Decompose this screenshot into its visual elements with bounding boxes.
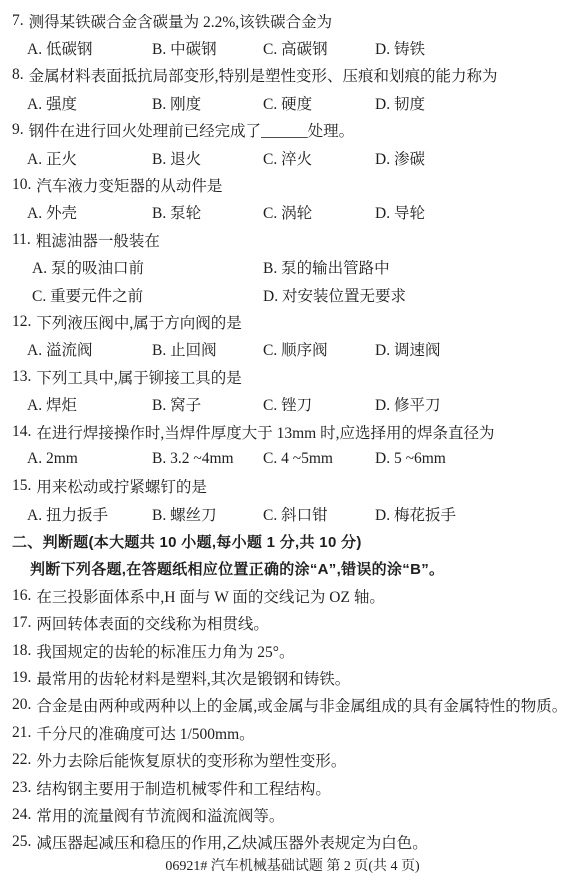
option: A. 低碳钢 [27, 37, 152, 59]
question-text: 在三投影面体系中,H 面与 W 面的交线记为 OZ 轴。 [36, 585, 384, 607]
question-text: 常用的流量阀有节流阀和溢流阀等。 [36, 804, 284, 826]
question-number: 17. [12, 614, 31, 632]
question-text: 下列液压阀中,属于方向阀的是 [36, 311, 241, 333]
question-text: 在进行焊接操作时,当焊件厚度大于 13mm 时,应选择用的焊条直径为 [36, 421, 494, 443]
option: B. 退火 [152, 147, 263, 169]
option: A. 扭力扳手 [27, 503, 152, 525]
judge-question: 21.千分尺的准确度可达 1/500mm。 [12, 719, 573, 746]
judge-question: 19.最常用的齿轮材料是塑料,其次是锻钢和铸铁。 [12, 664, 573, 691]
judge-question: 20.合金是由两种或两种以上的金属,或金属与非金属组成的具有金属特性的物质。 [12, 692, 573, 719]
question-text: 千分尺的准确度可达 1/500mm。 [36, 722, 254, 744]
option: C. 锉刀 [263, 393, 375, 415]
question-text: 减压器起减压和稳压的作用,乙炔减压器外表规定为白色。 [36, 831, 427, 853]
section-instruction: 判断下列各题,在答题纸相应位置正确的涂“A”,错误的涂“B”。 [30, 558, 444, 579]
option: C. 硬度 [263, 92, 375, 114]
option: C. 4 ~5mm [263, 450, 375, 468]
option: B. 螺丝刀 [152, 503, 263, 525]
judge-question: 17.两回转体表面的交线称为相贯线。 [12, 610, 573, 637]
question: 12.下列液压阀中,属于方向阀的是 [12, 308, 573, 335]
option: D. 修平刀 [375, 393, 573, 415]
options-row: A. 正火B. 退火C. 淬火D. 渗碳 [12, 144, 573, 171]
question: 11.粗滤油器一般装在 [12, 226, 573, 253]
options-row: A. 低碳钢B. 中碳钢C. 高碳钢D. 铸铁 [12, 34, 573, 61]
question-number: 15. [12, 477, 31, 495]
option: C. 斜口钳 [263, 503, 375, 525]
option: B. 中碳钢 [152, 37, 263, 59]
option: A. 2mm [27, 450, 152, 468]
question-text: 最常用的齿轮材料是塑料,其次是锻钢和铸铁。 [36, 667, 350, 689]
question: 14.在进行焊接操作时,当焊件厚度大于 13mm 时,应选择用的焊条直径为 [12, 418, 573, 445]
option: C. 淬火 [263, 147, 375, 169]
question-text: 钢件在进行回火处理前已经完成了______处理。 [29, 119, 355, 141]
option: B. 刚度 [152, 92, 263, 114]
option: A. 强度 [27, 92, 152, 114]
option: D. 梅花扳手 [375, 503, 573, 525]
option: B. 窝子 [152, 393, 263, 415]
judge-section-title: 二、判断题(本大题共 10 小题,每小题 1 分,共 10 分) [12, 527, 573, 554]
question-number: 10. [12, 176, 31, 194]
question-number: 9. [12, 121, 24, 139]
option: C. 高碳钢 [263, 37, 375, 59]
question-text: 测得某铁碳合金含碳量为 2.2%,该铁碳合金为 [29, 10, 333, 32]
judge-question: 18.我国规定的齿轮的标准压力角为 25°。 [12, 637, 573, 664]
option: B. 泵的输出管路中 [263, 256, 573, 278]
question-number: 16. [12, 587, 31, 605]
option: D. 韧度 [375, 92, 573, 114]
question: 13.下列工具中,属于铆接工具的是 [12, 363, 573, 390]
option: D. 对安装位置无要求 [263, 284, 573, 306]
option: A. 泵的吸油口前 [32, 256, 263, 278]
question-number: 13. [12, 368, 31, 386]
question-text: 粗滤油器一般装在 [36, 229, 160, 251]
question-number: 12. [12, 313, 31, 331]
options-row: A. 外壳B. 泵轮C. 涡轮D. 导轮 [12, 199, 573, 226]
question-number: 23. [12, 779, 31, 797]
option: D. 渗碳 [375, 147, 573, 169]
question-number: 19. [12, 669, 31, 687]
judge-question: 23.结构钢主要用于制造机械零件和工程结构。 [12, 774, 573, 801]
question-number: 22. [12, 751, 31, 769]
question-number: 25. [12, 833, 31, 851]
option: D. 导轮 [375, 201, 573, 223]
option: D. 铸铁 [375, 37, 573, 59]
question-text: 合金是由两种或两种以上的金属,或金属与非金属组成的具有金属特性的物质。 [36, 694, 567, 716]
question-text: 外力去除后能恢复原状的变形称为塑性变形。 [36, 749, 346, 771]
option: A. 外壳 [27, 201, 152, 223]
question: 10.汽车液力变矩器的从动件是 [12, 171, 573, 198]
judge-question: 24.常用的流量阀有节流阀和溢流阀等。 [12, 801, 573, 828]
exam-page: 7.测得某铁碳合金含碳量为 2.2%,该铁碳合金为A. 低碳钢B. 中碳钢C. … [0, 0, 585, 878]
options-row: A. 强度B. 刚度C. 硬度D. 韧度 [12, 89, 573, 116]
question-number: 20. [12, 696, 31, 714]
question-number: 7. [12, 12, 24, 30]
page-footer: 06921# 汽车机械基础试题 第 2 页(共 4 页) [12, 856, 573, 878]
option: A. 溢流阀 [27, 338, 152, 360]
options-row: A. 焊炬B. 窝子C. 锉刀D. 修平刀 [12, 390, 573, 417]
question-text: 用来松动或拧紧螺钉的是 [36, 475, 207, 497]
option: C. 涡轮 [263, 201, 375, 223]
options-row: C. 重要元件之前D. 对安装位置无要求 [12, 281, 573, 308]
question-number: 14. [12, 423, 31, 441]
option: B. 止回阀 [152, 338, 263, 360]
question-text: 两回转体表面的交线称为相贯线。 [36, 612, 269, 634]
question: 9.钢件在进行回火处理前已经完成了______处理。 [12, 117, 573, 144]
option: A. 焊炬 [27, 393, 152, 415]
question-text: 我国规定的齿轮的标准压力角为 25°。 [36, 640, 294, 662]
judge-section-instruction: 判断下列各题,在答题纸相应位置正确的涂“A”,错误的涂“B”。 [12, 555, 573, 582]
choice-section: 7.测得某铁碳合金含碳量为 2.2%,该铁碳合金为A. 低碳钢B. 中碳钢C. … [12, 7, 573, 527]
options-row: A. 扭力扳手B. 螺丝刀C. 斜口钳D. 梅花扳手 [12, 500, 573, 527]
question: 7.测得某铁碳合金含碳量为 2.2%,该铁碳合金为 [12, 7, 573, 34]
question-number: 11. [12, 231, 31, 249]
option: C. 顺序阀 [263, 338, 375, 360]
section-title: 二、判断题(本大题共 10 小题,每小题 1 分,共 10 分) [12, 531, 362, 552]
option: B. 泵轮 [152, 201, 263, 223]
judge-question: 25.减压器起减压和稳压的作用,乙炔减压器外表规定为白色。 [12, 829, 573, 856]
option: D. 调速阀 [375, 338, 573, 360]
question-number: 18. [12, 642, 31, 660]
question-text: 结构钢主要用于制造机械零件和工程结构。 [36, 777, 331, 799]
option: A. 正火 [27, 147, 152, 169]
question-text: 下列工具中,属于铆接工具的是 [36, 366, 241, 388]
question-number: 8. [12, 66, 24, 84]
options-row: A. 2mmB. 3.2 ~4mmC. 4 ~5mmD. 5 ~6mm [12, 445, 573, 472]
question-text: 金属材料表面抵抗局部变形,特别是塑性变形、压痕和划痕的能力称为 [29, 64, 498, 86]
question-text: 汽车液力变矩器的从动件是 [36, 174, 222, 196]
question-number: 24. [12, 806, 31, 824]
judge-question: 22.外力去除后能恢复原状的变形称为塑性变形。 [12, 747, 573, 774]
question: 8.金属材料表面抵抗局部变形,特别是塑性变形、压痕和划痕的能力称为 [12, 62, 573, 89]
judge-question: 16.在三投影面体系中,H 面与 W 面的交线记为 OZ 轴。 [12, 582, 573, 609]
question-number: 21. [12, 724, 31, 742]
option: B. 3.2 ~4mm [152, 450, 263, 468]
options-row: A. 泵的吸油口前B. 泵的输出管路中 [12, 254, 573, 281]
question: 15.用来松动或拧紧螺钉的是 [12, 473, 573, 500]
judge-section: 16.在三投影面体系中,H 面与 W 面的交线记为 OZ 轴。17.两回转体表面… [12, 582, 573, 856]
footer-text: 06921# 汽车机械基础试题 第 2 页(共 4 页) [165, 859, 419, 874]
option: C. 重要元件之前 [32, 284, 263, 306]
option: D. 5 ~6mm [375, 450, 573, 468]
options-row: A. 溢流阀B. 止回阀C. 顺序阀D. 调速阀 [12, 336, 573, 363]
